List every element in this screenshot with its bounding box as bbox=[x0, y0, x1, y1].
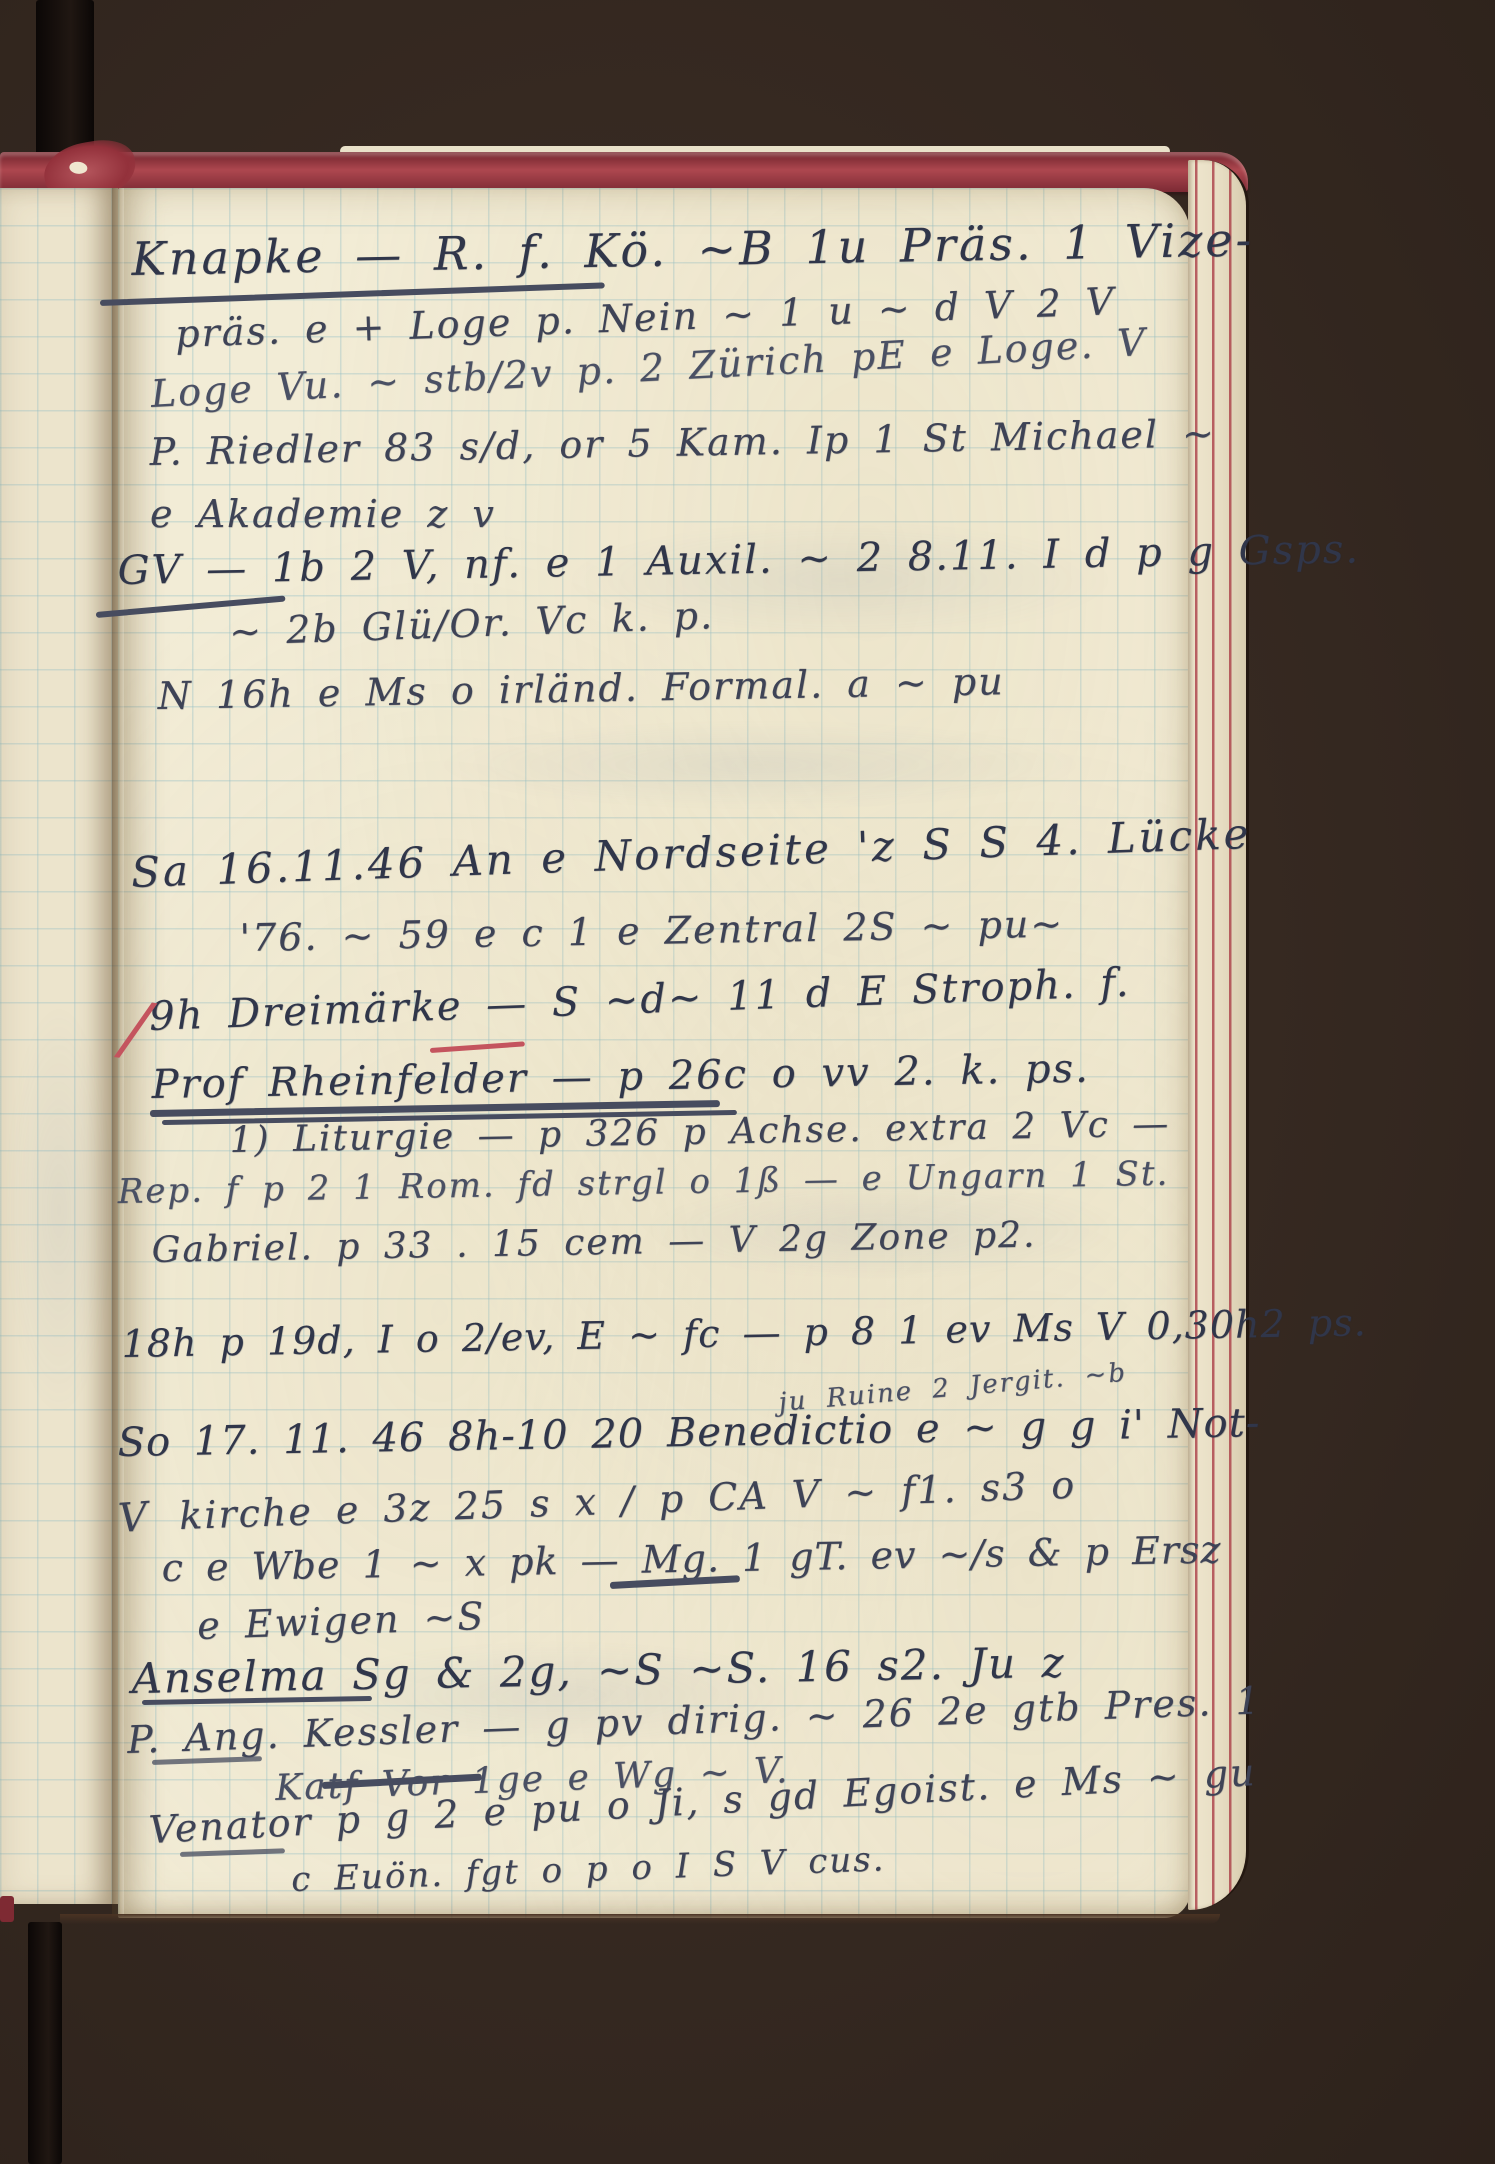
red-stained-top-edge bbox=[0, 152, 1248, 192]
red-edge-bottom-left bbox=[0, 1896, 14, 1922]
page-bottom-shadow bbox=[60, 1914, 1220, 1924]
notebook-photograph: { "document": { "kind_label": "handwritt… bbox=[0, 0, 1495, 2164]
black-strap-bottom bbox=[28, 1922, 62, 2164]
handwriting-line: e Akademie z v bbox=[150, 492, 496, 536]
left-page-sliver bbox=[0, 188, 118, 1904]
margin-check-mark: V bbox=[117, 1494, 151, 1542]
